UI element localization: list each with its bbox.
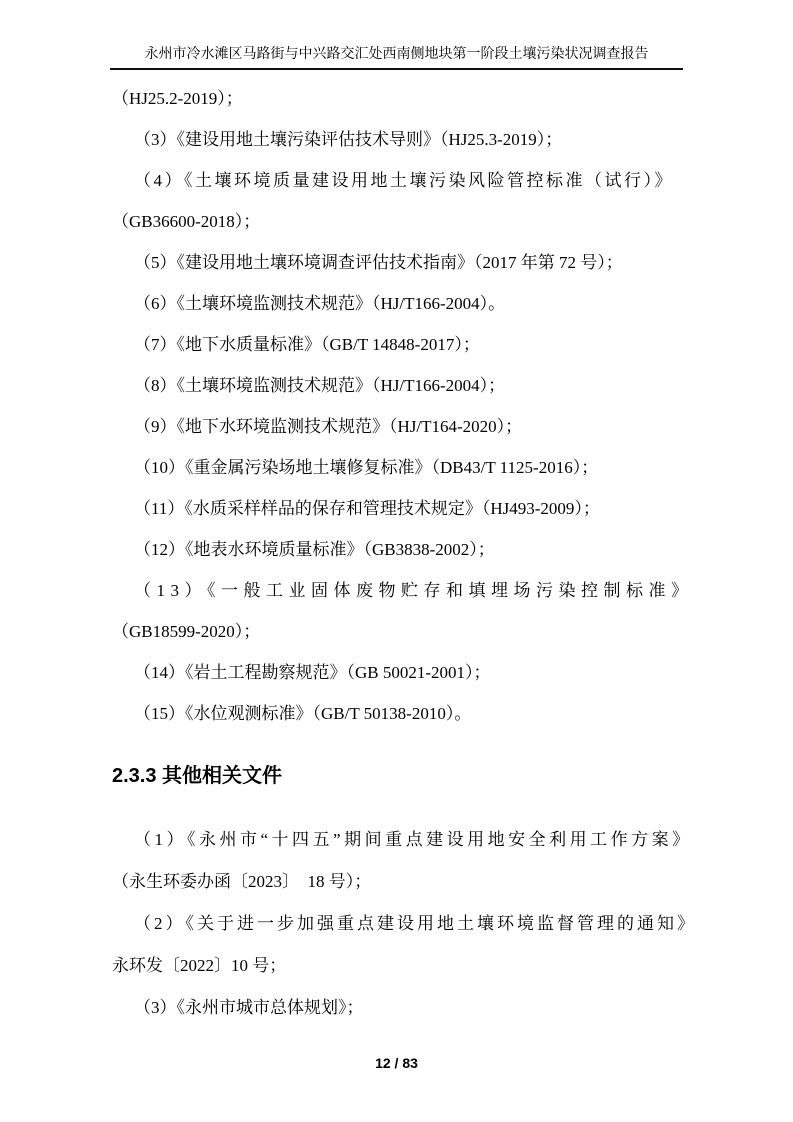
reference-line: （15）《水位观测标准》（GB/T 50138-2010）。: [112, 693, 681, 734]
reference-line: （14）《岩土工程勘察规范》（GB 50021-2001）；: [112, 652, 681, 693]
reference-line: （4）《土壤环境质量建设用地土壤污染风险管控标准（试行）》: [112, 160, 681, 201]
page-header: 永州市冷水滩区马路街与中兴路交汇处西南侧地块第一阶段土壤污染状况调查报告: [110, 46, 683, 70]
reference-line: （HJ25.2-2019）；: [112, 78, 681, 119]
reference-line: （8）《土壤环境监测技术规范》（HJ/T166-2004）；: [112, 365, 681, 406]
reference-line: （11）《水质采样样品的保存和管理技术规定》（HJ493-2009）；: [112, 488, 681, 529]
reference-line: （6）《土壤环境监测技术规范》（HJ/T166-2004）。: [112, 283, 681, 324]
page-footer: 12 / 83: [0, 1055, 793, 1071]
section-line: （1）《永州市“十四五”期间重点建设用地安全利用工作方案》: [112, 819, 681, 861]
document-body: （HJ25.2-2019）； （3）《建设用地土壤污染评估技术导则》（HJ25.…: [112, 78, 681, 1029]
section-heading: 2.3.3 其他相关文件: [112, 756, 681, 797]
section-line: 永环发〔2022〕10 号；: [112, 945, 681, 987]
reference-line: （3）《建设用地土壤污染评估技术导则》（HJ25.3-2019）；: [112, 119, 681, 160]
document-page: 永州市冷水滩区马路街与中兴路交汇处西南侧地块第一阶段土壤污染状况调查报告 （HJ…: [0, 0, 793, 1122]
section-line: （永生环委办函〔2023〕 18 号）；: [112, 861, 681, 903]
reference-line: （9）《地下水环境监测技术规范》（HJ/T164-2020）；: [112, 406, 681, 447]
reference-line: （7）《地下水质量标准》（GB/T 14848-2017）；: [112, 324, 681, 365]
reference-line: （10）《重金属污染场地土壤修复标准》（DB43/T 1125-2016）；: [112, 447, 681, 488]
reference-line: （GB18599-2020）；: [112, 611, 681, 652]
section-content: （1）《永州市“十四五”期间重点建设用地安全利用工作方案》 （永生环委办函〔20…: [112, 819, 681, 1029]
reference-line: （5）《建设用地土壤环境调查评估技术指南》（2017 年第 72 号）；: [112, 242, 681, 283]
section-line: （2）《关于进一步加强重点建设用地土壤环境监督管理的通知》: [112, 903, 681, 945]
reference-line: （12）《地表水环境质量标准》（GB3838-2002）；: [112, 529, 681, 570]
page-number: 12 / 83: [375, 1055, 418, 1071]
page-header-title: 永州市冷水滩区马路街与中兴路交汇处西南侧地块第一阶段土壤污染状况调查报告: [145, 47, 649, 62]
reference-line: （13）《一般工业固体废物贮存和填埋场污染控制标准》: [112, 570, 681, 611]
reference-line: （GB36600-2018）；: [112, 201, 681, 242]
section-line: （3）《永州市城市总体规划》；: [112, 987, 681, 1029]
